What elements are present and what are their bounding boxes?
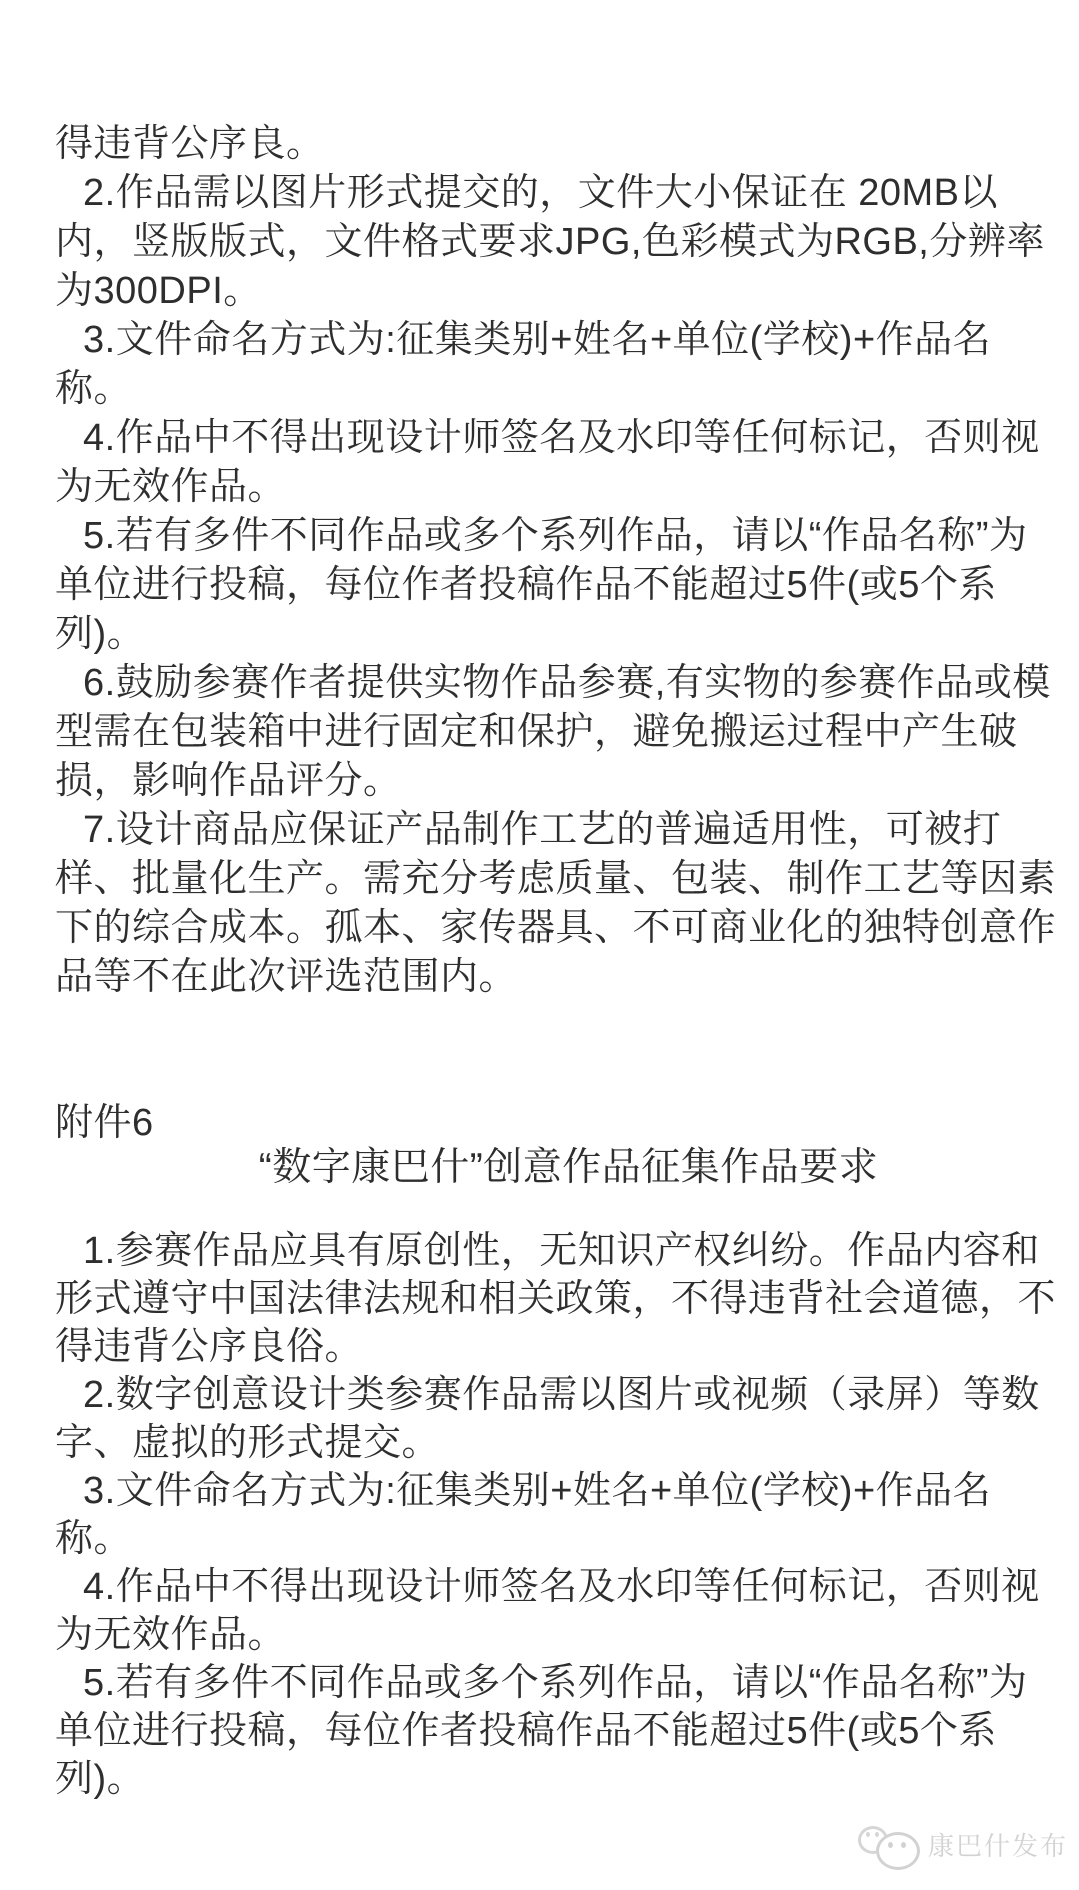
text-line: 称。	[55, 365, 1041, 414]
large-bubble-face	[876, 1832, 920, 1870]
text-line: 内，竖版版式，文件格式要求JPG,色彩模式为RGB,分辨率	[55, 218, 1041, 267]
text-line: 6.鼓励参赛作者提供实物作品参赛,有实物的参赛作品或模	[55, 659, 1041, 708]
text-line: 3.文件命名方式为:征集类别+姓名+单位(学校)+作品名	[55, 316, 1041, 365]
text-line: 得违背公序良。	[55, 120, 1041, 169]
text-line: 得违背公序良俗。	[55, 1323, 1041, 1371]
text-line: 样、批量化生产。需充分考虑质量、包装、制作工艺等因素	[55, 855, 1041, 904]
text-line: 列)。	[55, 610, 1041, 659]
text-line: 列)。	[55, 1755, 1041, 1803]
text-line: 4.作品中不得出现设计师签名及水印等任何标记，否则视	[55, 414, 1041, 463]
document-page: 得违背公序良。2.作品需以图片形式提交的，文件大小保证在 20MB以内，竖版版式…	[0, 0, 1079, 1890]
section-1-requirements: 得违背公序良。2.作品需以图片形式提交的，文件大小保证在 20MB以内，竖版版式…	[55, 120, 1041, 1002]
text-line: 3.文件命名方式为:征集类别+姓名+单位(学校)+作品名	[55, 1467, 1041, 1515]
text-line: 5.若有多件不同作品或多个系列作品，请以“作品名称”为	[55, 512, 1041, 561]
text-line: 4.作品中不得出现设计师签名及水印等任何标记，否则视	[55, 1563, 1041, 1611]
text-line: 为300DPI。	[55, 267, 1041, 316]
text-line: 1.参赛作品应具有原创性，无知识产权纠纷。作品内容和	[55, 1227, 1041, 1275]
section-2-requirements: 1.参赛作品应具有原创性，无知识产权纠纷。作品内容和形式遵守中国法律法规和相关政…	[55, 1227, 1041, 1803]
section-title: “数字康巴什”创意作品征集作品要求	[0, 1136, 1079, 1192]
text-line: 为无效作品。	[55, 463, 1041, 512]
text-line: 为无效作品。	[55, 1611, 1041, 1659]
text-line: 单位进行投稿，每位作者投稿作品不能超过5件(或5个系	[55, 1707, 1041, 1755]
text-line: 形式遵守中国法律法规和相关政策，不得违背社会道德，不	[55, 1275, 1041, 1323]
text-line: 2.数字创意设计类参赛作品需以图片或视频（录屏）等数	[55, 1371, 1041, 1419]
text-line: 下的综合成本。孤本、家传器具、不可商业化的独特创意作	[55, 904, 1041, 953]
watermark-label: 康巴什发布	[928, 1826, 1068, 1863]
text-line: 型需在包装箱中进行固定和保护，避免搬运过程中产生破	[55, 708, 1041, 757]
text-line: 字、虚拟的形式提交。	[55, 1419, 1041, 1467]
watermark: 康巴什发布	[856, 1820, 1068, 1868]
text-line: 单位进行投稿，每位作者投稿作品不能超过5件(或5个系	[55, 561, 1041, 610]
text-line: 2.作品需以图片形式提交的，文件大小保证在 20MB以	[55, 169, 1041, 218]
text-line: 损，影响作品评分。	[55, 757, 1041, 806]
text-line: 称。	[55, 1515, 1041, 1563]
two-chat-bubble-faces-icon	[856, 1820, 922, 1868]
text-line: 品等不在此次评选范围内。	[55, 953, 1041, 1002]
text-line: 7.设计商品应保证产品制作工艺的普遍适用性，可被打	[55, 806, 1041, 855]
text-line: 5.若有多件不同作品或多个系列作品，请以“作品名称”为	[55, 1659, 1041, 1707]
